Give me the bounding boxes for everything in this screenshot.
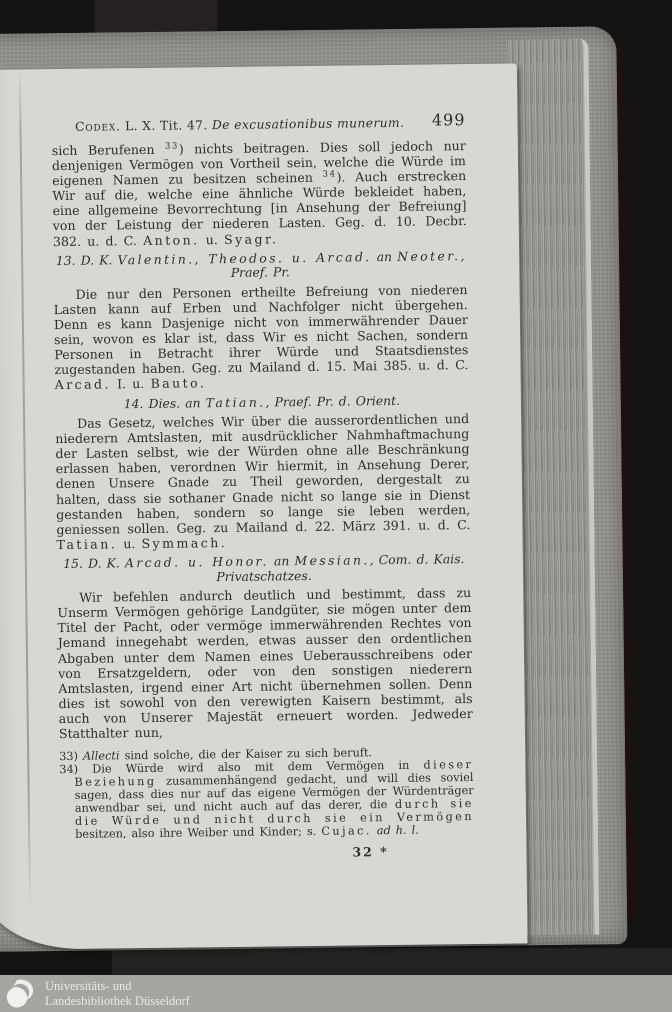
library-name-line2: Landesbibliothek Düsseldorf xyxy=(45,994,190,1009)
ulb-logo-icon xyxy=(4,978,36,1010)
printers-signature: 32 * xyxy=(60,843,474,863)
section-14-body: Das Gesetz, welches Wir über die aussero… xyxy=(55,411,471,552)
book: Codex. L. X. Tit. 47. De excusationibus … xyxy=(0,26,642,960)
library-banner: Universitäts- und Landesbibliothek Düsse… xyxy=(0,975,672,1012)
section-15-body: Wir befehlen andurch deutlich und bestim… xyxy=(57,585,473,741)
running-title: Codex. L. X. Tit. 47. De excusationibus … xyxy=(51,116,420,135)
library-name-line1: Universitäts- und xyxy=(45,979,190,994)
printed-text-block: Codex. L. X. Tit. 47. De excusationibus … xyxy=(51,110,474,863)
section-15-heading: 15. D. K. Arcad. u. Honor. an Messian., … xyxy=(57,552,471,586)
book-scan-viewport: Codex. L. X. Tit. 47. De excusationibus … xyxy=(0,0,672,1012)
library-name: Universitäts- und Landesbibliothek Düsse… xyxy=(45,979,190,1009)
paragraph-continuation: sich Berufenen 33) nichts beitragen. Die… xyxy=(52,138,467,249)
page-header: Codex. L. X. Tit. 47. De excusationibus … xyxy=(51,110,465,134)
footnote-34: 34) Die Würde wird also mit dem Vermögen… xyxy=(59,758,474,841)
footnotes-block: 33) Allecti sind solche, die der Kaiser … xyxy=(59,745,474,841)
page-gutter-crease xyxy=(19,69,31,909)
section-14-heading: 14. Dies. an Tatian., Praef. Pr. d. Orie… xyxy=(55,393,469,413)
page-number: 499 xyxy=(432,110,466,129)
section-13-body: Die nur den Personen ertheilte Befreiung… xyxy=(53,282,468,393)
section-13-heading: 13. D. K. Valentin., Theodos. u. Arcad. … xyxy=(53,249,467,283)
book-page: Codex. L. X. Tit. 47. De excusationibus … xyxy=(0,63,528,950)
